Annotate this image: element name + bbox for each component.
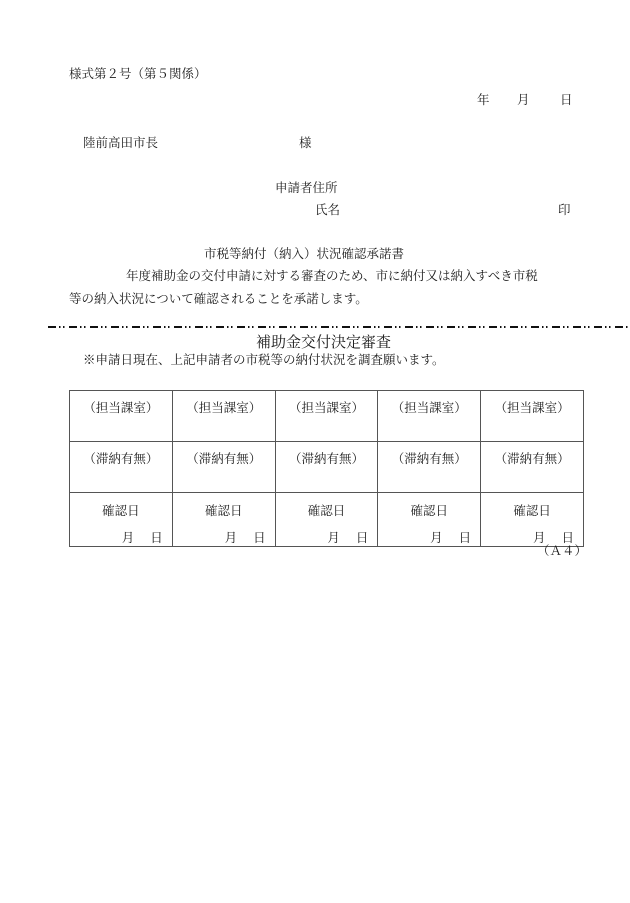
day-label: 日 [356, 530, 369, 545]
confirm-date-cell[interactable]: 確認日 月日 [481, 493, 584, 547]
consent-body-line1: 年度補助金の交付申請に対する審査のため、市に納付又は納入すべき市税 [126, 270, 538, 283]
confirm-date-row: 確認日 月日 確認日 月日 確認日 月日 確認日 月日 確認日 月日 [70, 493, 584, 547]
month-label: 月 [225, 530, 238, 545]
dept-cell[interactable]: （担当課室） [275, 391, 378, 442]
dept-cell[interactable]: （担当課室） [481, 391, 584, 442]
dept-row: （担当課室） （担当課室） （担当課室） （担当課室） （担当課室） [70, 391, 584, 442]
consent-title: 市税等納付（納入）状況確認承諾書 [204, 248, 404, 261]
dept-label: （担当課室） [70, 391, 172, 416]
day-label: 日 [253, 530, 266, 545]
arrears-label: （滞納有無） [378, 442, 480, 467]
confirm-date-cell[interactable]: 確認日 月日 [378, 493, 481, 547]
dept-cell[interactable]: （担当課室） [378, 391, 481, 442]
applicant-name-label: 氏名 [315, 204, 340, 217]
arrears-cell[interactable]: （滞納有無） [172, 442, 275, 493]
month-label: 月 [430, 530, 443, 545]
dept-label: （担当課室） [276, 391, 378, 416]
review-note: ※申請日現在、上記申請者の市税等の納付状況を調査願います。 [83, 354, 445, 367]
dept-label: （担当課室） [481, 391, 583, 416]
month-label: 月 [122, 530, 135, 545]
confirm-date-label: 確認日 [173, 493, 275, 519]
dept-label: （担当課室） [173, 391, 275, 416]
form-number: 様式第２号（第５関係） [69, 68, 207, 81]
review-table: （担当課室） （担当課室） （担当課室） （担当課室） （担当課室） （滞納有無… [69, 390, 584, 547]
arrears-label: （滞納有無） [481, 442, 583, 467]
applicant-address-label: 申請者住所 [275, 182, 338, 195]
cut-line-divider [48, 325, 630, 328]
dept-cell[interactable]: （担当課室） [70, 391, 173, 442]
month-label: 月 [327, 530, 340, 545]
applicant-seal: 印 [558, 204, 571, 217]
confirm-date-label: 確認日 [70, 493, 172, 519]
date-year: 年 [477, 94, 490, 107]
review-title: 補助金交付決定審査 [256, 335, 391, 350]
arrears-cell[interactable]: （滞納有無） [481, 442, 584, 493]
confirm-date-cell[interactable]: 確認日 月日 [172, 493, 275, 547]
day-label: 日 [150, 530, 163, 545]
confirm-date-label: 確認日 [378, 493, 480, 519]
arrears-cell[interactable]: （滞納有無） [275, 442, 378, 493]
arrears-label: （滞納有無） [70, 442, 172, 467]
arrears-label: （滞納有無） [173, 442, 275, 467]
arrears-cell[interactable]: （滞納有無） [378, 442, 481, 493]
day-label: 日 [459, 530, 472, 545]
dept-cell[interactable]: （担当課室） [172, 391, 275, 442]
paper-size-label: （Ａ４） [537, 545, 587, 558]
arrears-cell[interactable]: （滞納有無） [70, 442, 173, 493]
date-month: 月 [517, 94, 530, 107]
consent-body-line2: 等の納入状況について確認されることを承諾します。 [69, 293, 368, 306]
date-day: 日 [560, 94, 573, 107]
arrears-row: （滞納有無） （滞納有無） （滞納有無） （滞納有無） （滞納有無） [70, 442, 584, 493]
confirm-date-label: 確認日 [276, 493, 378, 519]
confirm-date-label: 確認日 [481, 493, 583, 519]
confirm-date-cell[interactable]: 確認日 月日 [275, 493, 378, 547]
addressee-name: 陸前高田市長 [83, 137, 158, 150]
arrears-label: （滞納有無） [276, 442, 378, 467]
confirm-date-cell[interactable]: 確認日 月日 [70, 493, 173, 547]
addressee-honorific: 様 [299, 137, 312, 150]
dept-label: （担当課室） [378, 391, 480, 416]
